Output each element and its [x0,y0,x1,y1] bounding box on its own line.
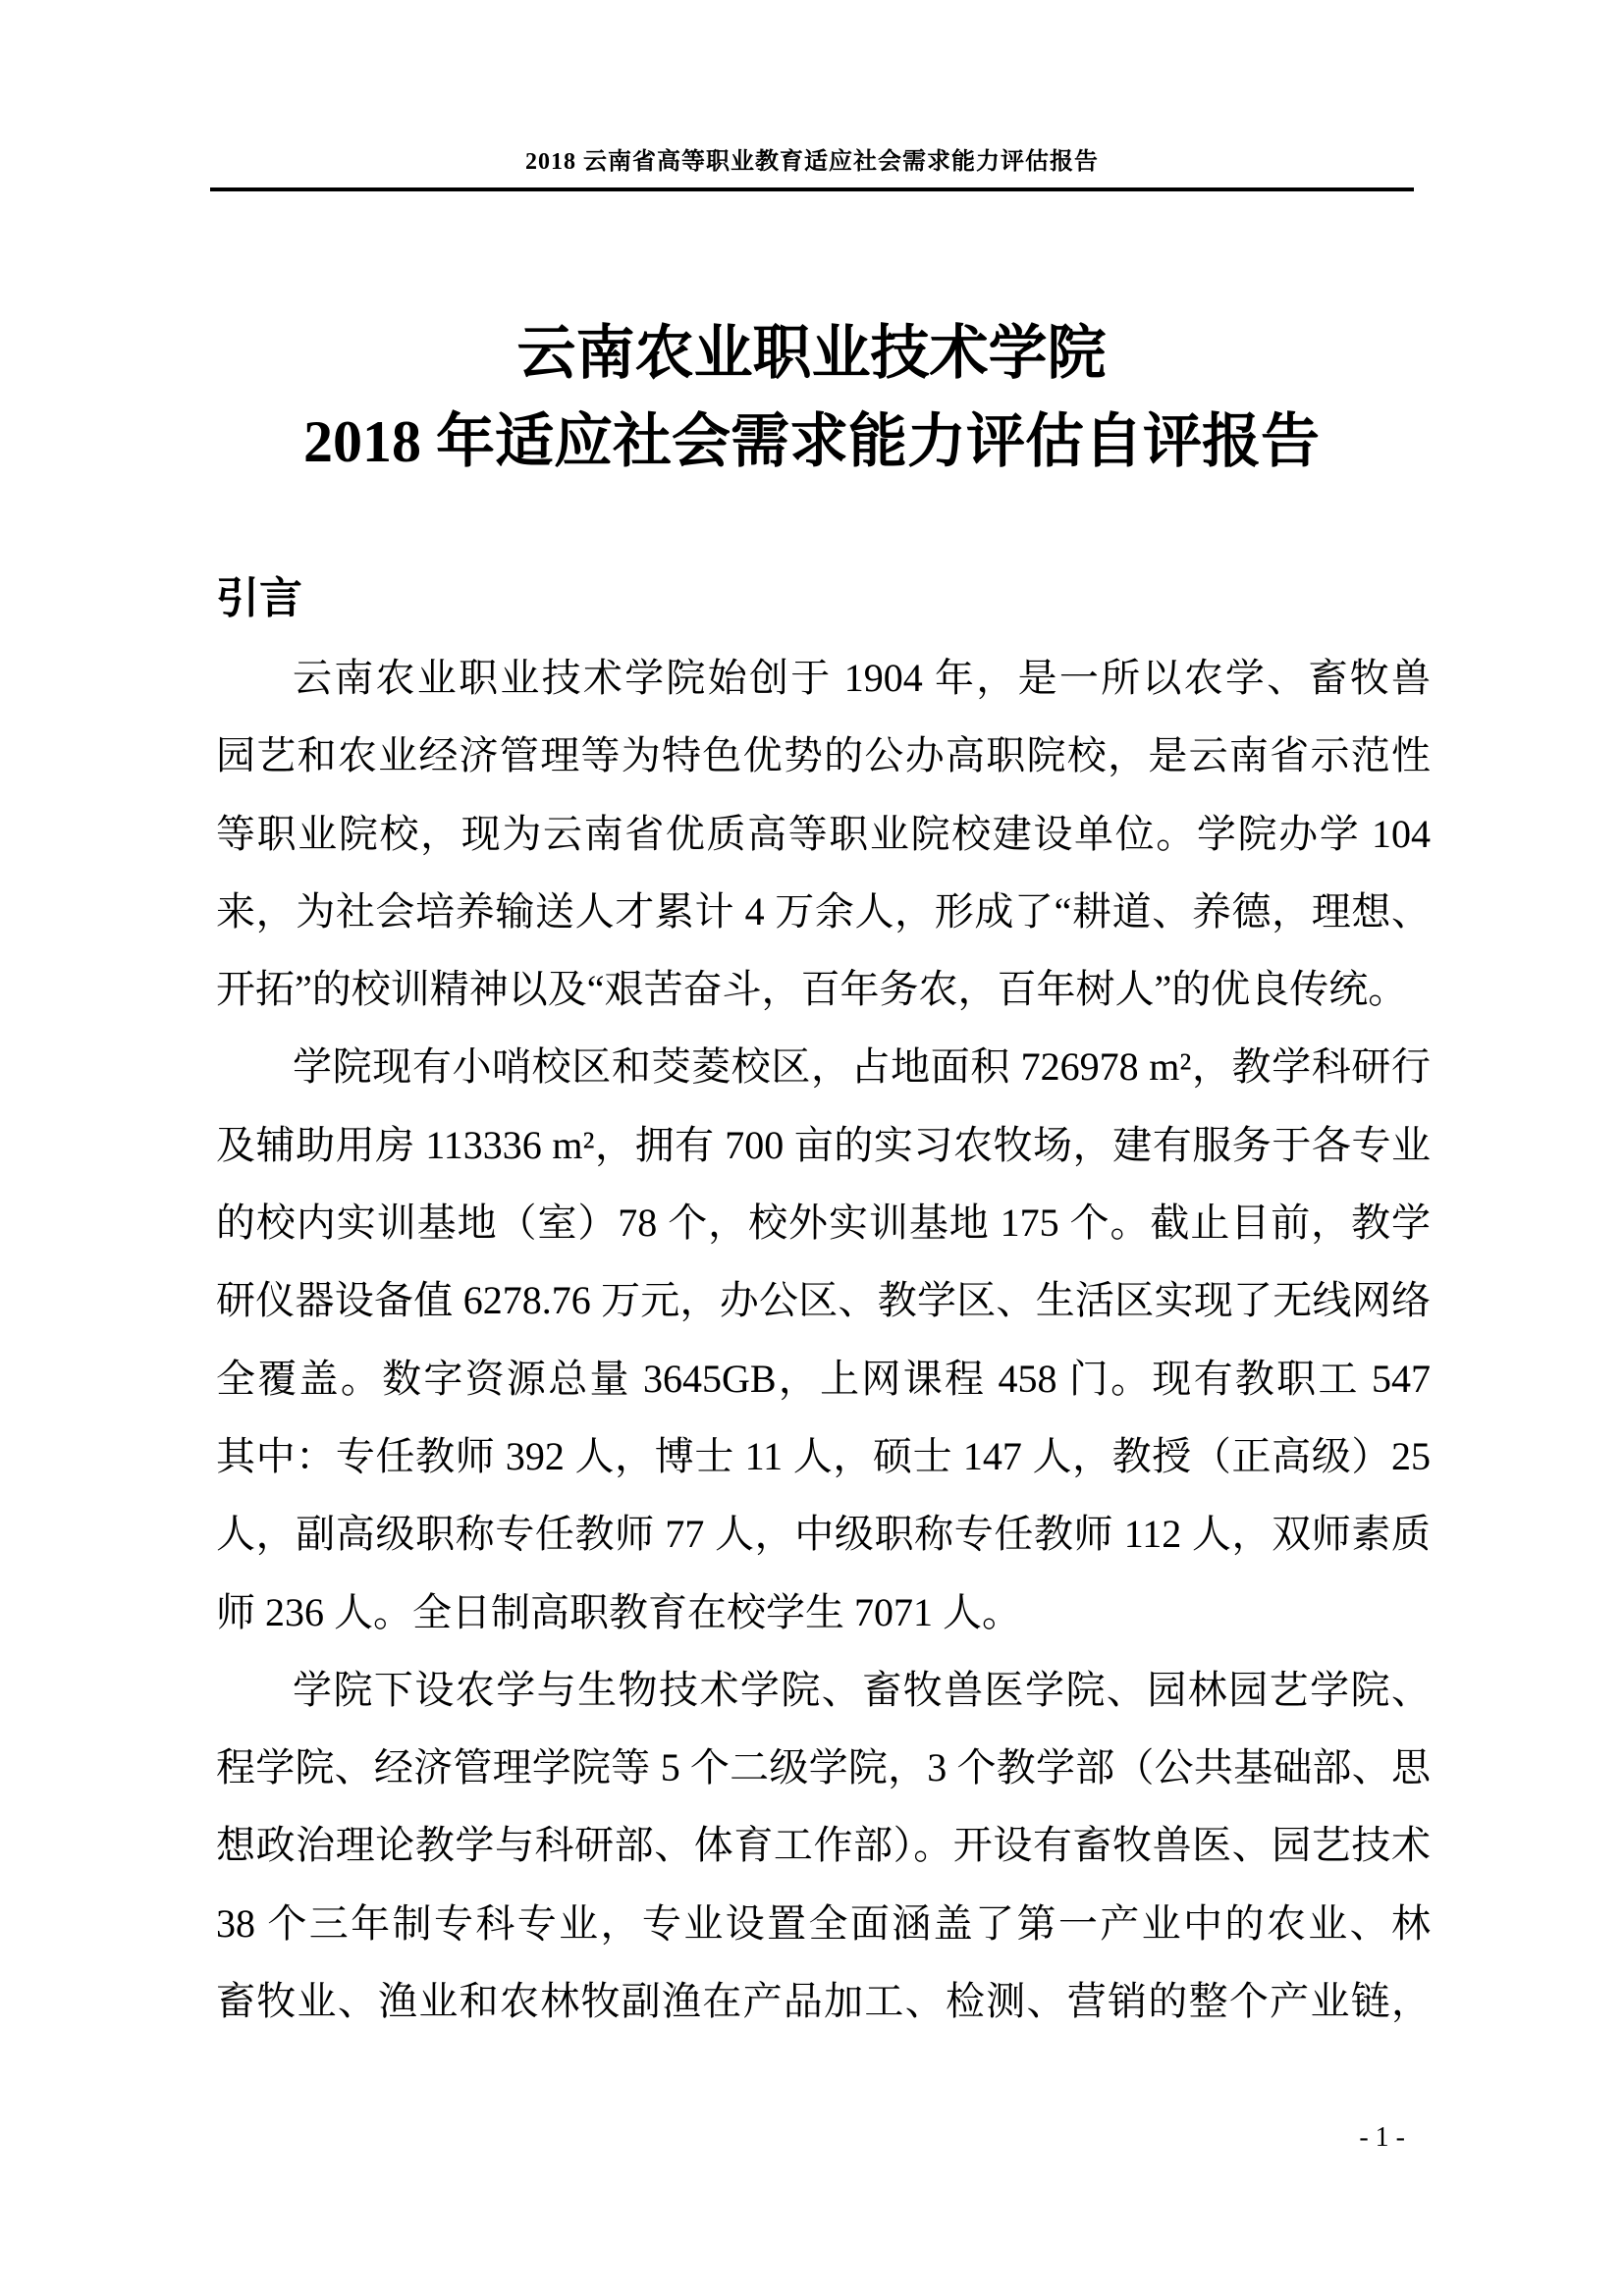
report-title: 云南农业职业技术学院 2018 年适应社会需求能力评估自评报告 [204,309,1419,486]
body-text: 云南农业职业技术学院始创于 1904 年，是一所以农学、畜牧兽医、园艺和农业经济… [216,639,1431,2040]
body-line: 学院下设农学与生物技术学院、畜牧兽医学院、园林园艺学院、工 [216,1651,1431,1729]
report-title-line2: 2018 年适应社会需求能力评估自评报告 [204,398,1419,486]
body-line: 程学院、经济管理学院等 5 个二级学院，3 个教学部（公共基础部、思 [216,1729,1431,1806]
body-line: 及辅助用房 113336 m²，拥有 700 亩的实习农牧场，建有服务于各专业 [216,1106,1431,1184]
body-line: 全覆盖。数字资源总量 3645GB，上网课程 458 门。现有教职工 547 人… [216,1340,1431,1417]
page-number: - 1 - [216,2120,1405,2156]
header-rule [210,187,1414,191]
body-line: 开拓”的校训精神以及“艰苦奋斗，百年务农，百年树人”的优良传统。 [216,950,1431,1028]
body-line: 学院现有小哨校区和茭菱校区，占地面积 726978 m²，教学科研行政 [216,1028,1431,1105]
body-line: 38 个三年制专科专业，专业设置全面涵盖了第一产业中的农业、林业、 [216,1885,1431,1962]
body-line: 云南农业职业技术学院始创于 1904 年，是一所以农学、畜牧兽医、 [216,639,1431,717]
body-line: 师 236 人。全日制高职教育在校学生 7071 人。 [216,1574,1431,1651]
body-line: 想政治理论教学与科研部、体育工作部）。开设有畜牧兽医、园艺技术等 [216,1806,1431,1884]
document-page: 2018 云南省高等职业教育适应社会需求能力评估报告 云南农业职业技术学院 20… [0,0,1624,2296]
body-line: 来，为社会培养输送人才累计 4 万余人，形成了“耕道、养德，理想、 [216,873,1431,950]
body-line: 等职业院校，现为云南省优质高等职业院校建设单位。学院办学 104 年 [216,795,1431,873]
report-title-line1: 云南农业职业技术学院 [204,309,1419,398]
body-line: 的校内实训基地（室）78 个，校外实训基地 175 个。截止目前，教学科 [216,1184,1431,1261]
page-header: 2018 云南省高等职业教育适应社会需求能力评估报告 [210,147,1414,177]
body-line: 研仪器设备值 6278.76 万元，办公区、教学区、生活区实现了无线网络 [216,1261,1431,1339]
body-line: 其中：专任教师 392 人，博士 11 人，硕士 147 人，教授（正高级）25 [216,1417,1431,1495]
body-line: 园艺和农业经济管理等为特色优势的公办高职院校，是云南省示范性高 [216,717,1431,794]
body-line: 人，副高级职称专任教师 77 人，中级职称专任教师 112 人，双师素质教 [216,1495,1431,1573]
section-heading-introduction: 引言 [216,577,302,620]
body-line: 畜牧业、渔业和农林牧副渔在产品加工、检测、营销的整个产业链，基 [216,1962,1431,2040]
